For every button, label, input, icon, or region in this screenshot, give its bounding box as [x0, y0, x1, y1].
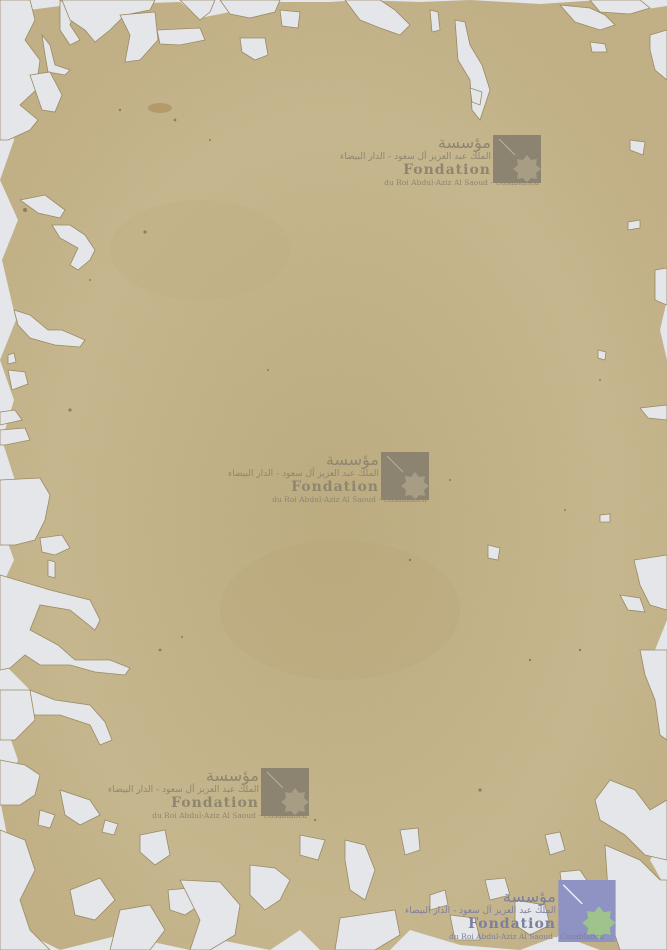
watermark-french-title: Fondation — [291, 480, 379, 495]
watermark-french-subtitle: du Roi Abdul-Aziz Al Saoud - Casablanca — [384, 178, 539, 188]
foundation-watermark: مؤسسة الملك عبد العزيز آل سعود - الدار ا… — [108, 768, 309, 821]
watermark-french-subtitle: du Roi Abdul-Aziz Al Saoud - Casablanca — [272, 495, 427, 505]
watermark-french-title: Fondation — [403, 163, 491, 178]
foundation-watermark: مؤسسة الملك عبد العزيز آل سعود - الدار ا… — [340, 135, 541, 188]
foundation-watermark: مؤسسة الملك عبد العزيز آل سعود - الدار ا… — [228, 452, 429, 505]
watermark-french-title: Fondation — [468, 917, 556, 932]
watermark-arabic-title: مؤسسة — [206, 768, 259, 784]
watermark-french-subtitle: du Roi Abdul-Aziz Al Saoud - Casablanca — [152, 811, 307, 821]
watermark-arabic-title: مؤسسة — [503, 889, 556, 905]
foundation-logo-icon — [381, 452, 429, 500]
watermark-arabic-title: مؤسسة — [326, 452, 379, 468]
foundation-logo-icon — [493, 135, 541, 183]
foundation-logo-color: مؤسسة الملك عبد العزيز آل سعود - الدار ا… — [405, 880, 616, 942]
watermark-french-title: Fondation — [171, 796, 259, 811]
watermark-french-subtitle: du Roi Abdul-Aziz Al Saoud - Casablanca — [449, 932, 604, 942]
watermark-arabic-title: مؤسسة — [438, 135, 491, 151]
scanned-page: مؤسسة الملك عبد العزيز آل سعود - الدار ا… — [0, 0, 667, 950]
foundation-logo-icon — [261, 768, 309, 816]
